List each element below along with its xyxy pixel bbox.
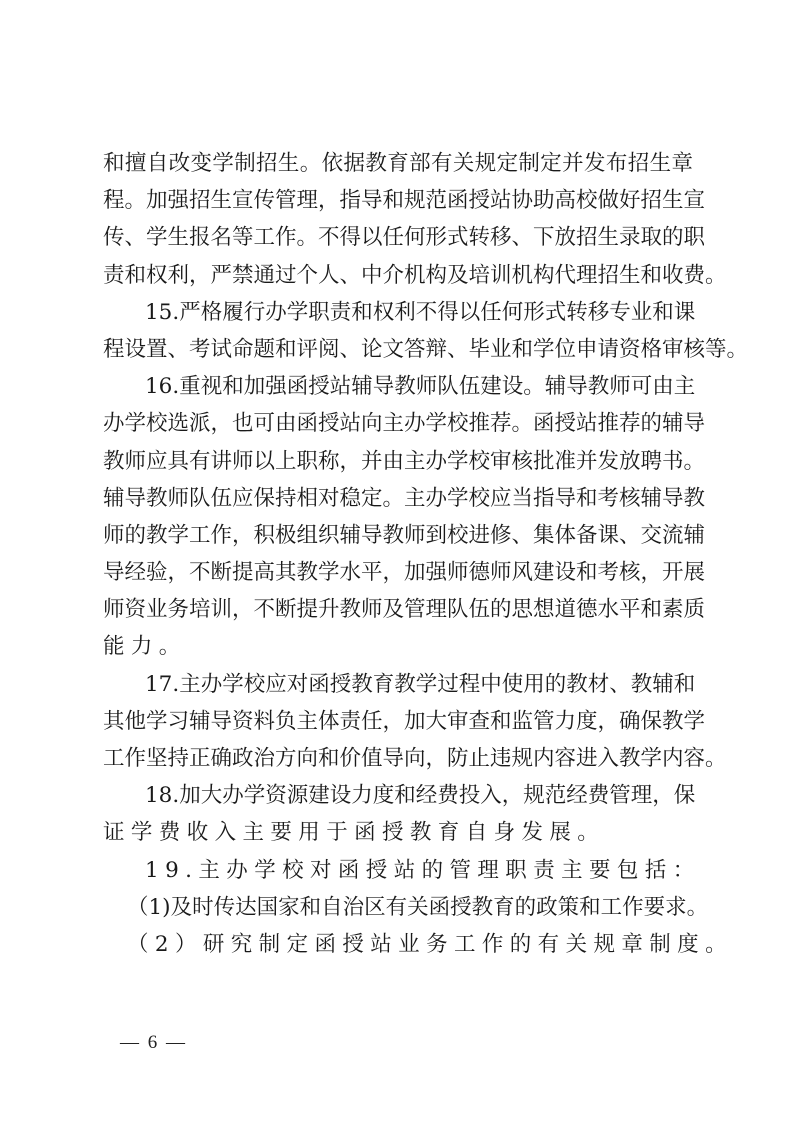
- paragraph-18-start: 18.加大办学资源建设力度和经费投入，规范经费管理，保: [103, 777, 693, 814]
- paragraph-16-start: 16.重视和加强函授站辅导教师队伍建设。辅导教师可由主: [103, 368, 693, 405]
- text-line: 证学费收入主要用于函授教育自身发展。: [103, 814, 693, 851]
- text-line: 办学校选派，也可由函授站向主办学校推荐。函授站推荐的辅导: [103, 405, 693, 442]
- list-item-2: （2）研究制定函授站业务工作的有关规章制度。: [103, 926, 693, 963]
- text-line: 师资业务培训，不断提升教师及管理队伍的思想道德水平和素质: [103, 591, 693, 628]
- list-item-1: （1)及时传达国家和自治区有关函授教育的政策和工作要求。: [103, 889, 693, 926]
- document-body: 和擅自改变学制招生。依据教育部有关规定制定并发布招生章 程。加强招生宣传管理，指…: [103, 145, 693, 963]
- paragraph-17-start: 17.主办学校应对函授教育教学过程中使用的教材、教辅和: [103, 666, 693, 703]
- text-line: 其他学习辅导资料负主体责任，加大审查和监管力度，确保教学: [103, 703, 693, 740]
- text-line: 导经验，不断提高其教学水平，加强师德师风建设和考核，开展: [103, 554, 693, 591]
- text-line: 师的教学工作，积极组织辅导教师到校进修、集体备课、交流辅: [103, 517, 693, 554]
- paragraph-15-start: 15.严格履行办学职责和权利不得以任何形式转移专业和课: [103, 294, 693, 331]
- text-line: 能力。: [103, 628, 693, 665]
- text-line: 责和权利，严禁通过个人、中介机构及培训机构代理招生和收费。: [103, 257, 693, 294]
- text-line: 和擅自改变学制招生。依据教育部有关规定制定并发布招生章: [103, 145, 693, 182]
- text-line: 传、学生报名等工作。不得以任何形式转移、下放招生录取的职: [103, 219, 693, 256]
- paragraph-19-start: 19.主办学校对函授站的管理职责主要包括：: [103, 852, 693, 889]
- text-line: 程设置、考试命题和评阅、论文答辩、毕业和学位申请资格审核等。: [103, 331, 693, 368]
- page-number: — 6 —: [120, 1032, 187, 1054]
- text-line: 程。加强招生宣传管理，指导和规范函授站协助高校做好招生宣: [103, 182, 693, 219]
- text-line: 工作坚持正确政治方向和价值导向，防止违规内容进入教学内容。: [103, 740, 693, 777]
- text-line: 辅导教师队伍应保持相对稳定。主办学校应当指导和考核辅导教: [103, 480, 693, 517]
- text-line: 教师应具有讲师以上职称，并由主办学校审核批准并发放聘书。: [103, 443, 693, 480]
